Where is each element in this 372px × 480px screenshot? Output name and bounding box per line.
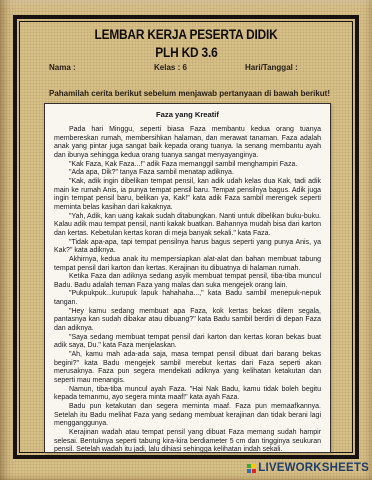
instruction-text: Pahamilah cerita berikut sebelum menjawa… — [49, 89, 337, 98]
story-paragraph: "Kak, adik ingin dibelikan tempat pensil… — [54, 178, 321, 213]
worksheet-page: LEMBAR KERJA PESERTA DIDIK PLH KD 3.6 Na… — [0, 0, 372, 480]
story-paragraph: "Ada apa, Dik?" tanya Faza sambil menata… — [54, 169, 321, 178]
story-paragraph: Badu pun ketakutan dan segera meminta ma… — [54, 403, 321, 429]
story-paragraph: "Kak Faza, Kak Faza...!" adik Faza meman… — [54, 161, 321, 170]
liveworksheets-watermark-link[interactable]: LIVEWORKSHEETS — [247, 460, 369, 476]
class-field-label: Kelas : 6 — [154, 63, 187, 72]
liveworksheets-logo-icon — [247, 464, 256, 473]
story-paragraph: Pada hari Minggu, seperti biasa Faza mem… — [54, 126, 321, 161]
student-fields-row: Nama : Kelas : 6 Hari/Tanggal : — [17, 63, 355, 75]
story-paragraph: "Saya sedang membuat tempat pensil dari … — [54, 334, 321, 351]
liveworksheets-label: LIVEWORKSHEETS — [258, 462, 369, 474]
story-paragraph: "Pukpukpuk...kurupuk lapuk hahahaha...,"… — [54, 290, 321, 307]
story-box: Faza yang Kreatif Pada hari Minggu, sepe… — [44, 103, 331, 453]
date-field-label: Hari/Tanggal : — [245, 63, 298, 72]
story-paragraphs: Pada hari Minggu, seperti biasa Faza mem… — [54, 126, 321, 453]
story-title: Faza yang Kreatif — [54, 110, 321, 119]
story-paragraph: "Yah, Adik, kan uang kakak sudah ditabun… — [54, 213, 321, 239]
story-paragraph: Kerajinan wadah atau tempat pensil yang … — [54, 429, 321, 453]
story-paragraph: "Tidak apa-apa, tapi tempat pensilnya ha… — [54, 239, 321, 256]
name-field-label: Nama : — [49, 63, 76, 72]
worksheet-border-frame: LEMBAR KERJA PESERTA DIDIK PLH KD 3.6 Na… — [13, 15, 359, 459]
page-subtitle: PLH KD 3.6 — [155, 45, 217, 60]
story-paragraph: Akhirnya, kedua anak itu mempersiapkan a… — [54, 256, 321, 273]
story-paragraph: "Ah, kamu mah ada-ada saja, masa tempat … — [54, 351, 321, 386]
story-paragraph: Namun, tiba-tiba muncul ayah Faza. "Hai … — [54, 386, 321, 403]
page-title: LEMBAR KERJA PESERTA DIDIK — [94, 27, 277, 42]
worksheet-header: LEMBAR KERJA PESERTA DIDIK PLH KD 3.6 — [17, 26, 355, 62]
story-paragraph: "Hey kamu sedang membuat apa Faza, kok k… — [54, 308, 321, 334]
story-paragraph: Ketika Faza dan adiknya sedang asyik mem… — [54, 273, 321, 290]
